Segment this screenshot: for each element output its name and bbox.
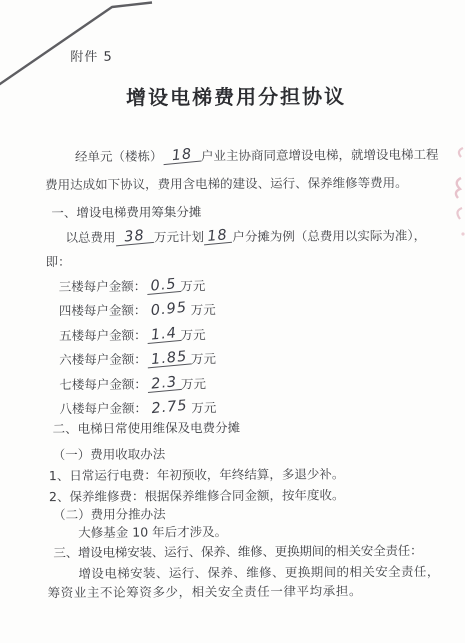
section2-sub1-heading: （一）费用收取办法 [53,444,430,464]
section1-heading: 一、增设电梯费用筹集分摊 [51,202,428,222]
handwritten-units-total: 18 [162,147,202,166]
namely-label: 即： [46,251,429,271]
floor-amount-row-7f: 七楼每户金额：2.3万元 [59,373,429,393]
section2-heading: 二、电梯日常使用维保及电费分摊 [53,418,430,438]
section2-sub2-heading: （二）费用分推办法 [53,503,430,523]
handwritten-amount: 2.3 [146,374,181,392]
floor-amount-row-8f: 八楼每户金额：2.75万元 [59,398,429,418]
section3-heading: 三、增设电梯安装、运行、保养、维修、更换期间的相关安全责任： [53,541,430,561]
floor-label: 六楼每户金额： [59,352,147,368]
example-seg3: 户分摊为例（总费用以实际为准）， [232,228,426,244]
floor-label: 八楼每户金额： [59,401,147,417]
section3-body-line-2: 筹资业主不论筹资多少，相关安全责任一律平均承担。 [48,581,431,601]
handwritten-amount: 0.95 [146,300,191,318]
section2-sub2-note: 大修基金 10 年后才涉及。 [78,521,430,541]
intro-line-2: 费用达成如下协议，费用含电梯的建设、运行、保养维修等费用。 [45,168,428,198]
cost-example-line: 以总费用38万元计划18户分摊为例（总费用以实际为准）， [65,227,428,247]
intro-line-1: 经单元（楼栋）18户业主协商同意增设电梯，就增设电梯工程 [75,141,428,171]
intro-seg2: 户业主协商同意增设电梯，就增设电梯工程 [201,147,439,163]
example-seg2: 万元计划 [154,229,204,244]
intro-paragraph: 经单元（楼栋）18户业主协商同意增设电梯，就增设电梯工程 费用达成如下协议，费用… [45,141,428,198]
floor-amount-row-4f: 四楼每户金额：0.95万元 [59,300,429,320]
unit-label: 万元 [191,351,216,366]
red-ink-marks [449,142,465,246]
floor-amount-row-5f: 五楼每户金额：1.4万元 [59,324,429,344]
example-seg1: 以总费用 [65,230,115,245]
document-title: 增设电梯费用分担协议 [45,87,428,115]
intro-seg1: 经单元（楼栋） [75,148,163,164]
attachment-label: 附件 5 [70,47,427,67]
floor-label: 三楼每户金额： [59,278,147,294]
scanned-document-page: 附件 5 增设电梯费用分担协议 经单元（楼栋）18户业主协商同意增设电梯，就增设… [0,0,465,643]
floor-amount-row-3f: 三楼每户金额：0.5万元 [59,275,429,295]
unit-label: 万元 [191,400,216,415]
handwritten-amount: 1.4 [146,325,181,343]
section3-body-line-1: 增设电梯安装、运行、保养、维修、更换期间的相关安全责任， [78,562,430,582]
section2-item-2: 2、保养维修费：根据保养维修合同金额，按年度收。 [49,485,430,505]
unit-label: 万元 [191,302,216,317]
handwritten-amount: 0.5 [146,276,181,294]
unit-label: 万元 [180,278,205,293]
handwritten-households: 18 [203,228,233,246]
handwritten-amount: 2.75 [146,398,191,416]
floor-label: 四楼每户金额： [59,303,147,319]
floor-amount-row-6f: 六楼每户金额：1.85万元 [59,349,429,369]
floor-label: 七楼每户金额： [59,376,147,392]
handwritten-total-cost: 38 [115,228,155,247]
floor-label: 五楼每户金额： [59,327,147,343]
section2-item-1: 1、日常运行电费：年初预收，年终结算，多退少补。 [49,465,430,485]
document-content: 附件 5 增设电梯费用分担协议 经单元（楼栋）18户业主协商同意增设电梯，就增设… [0,0,465,602]
handwritten-amount: 1.85 [146,349,192,368]
unit-label: 万元 [181,376,206,391]
unit-label: 万元 [181,327,206,342]
